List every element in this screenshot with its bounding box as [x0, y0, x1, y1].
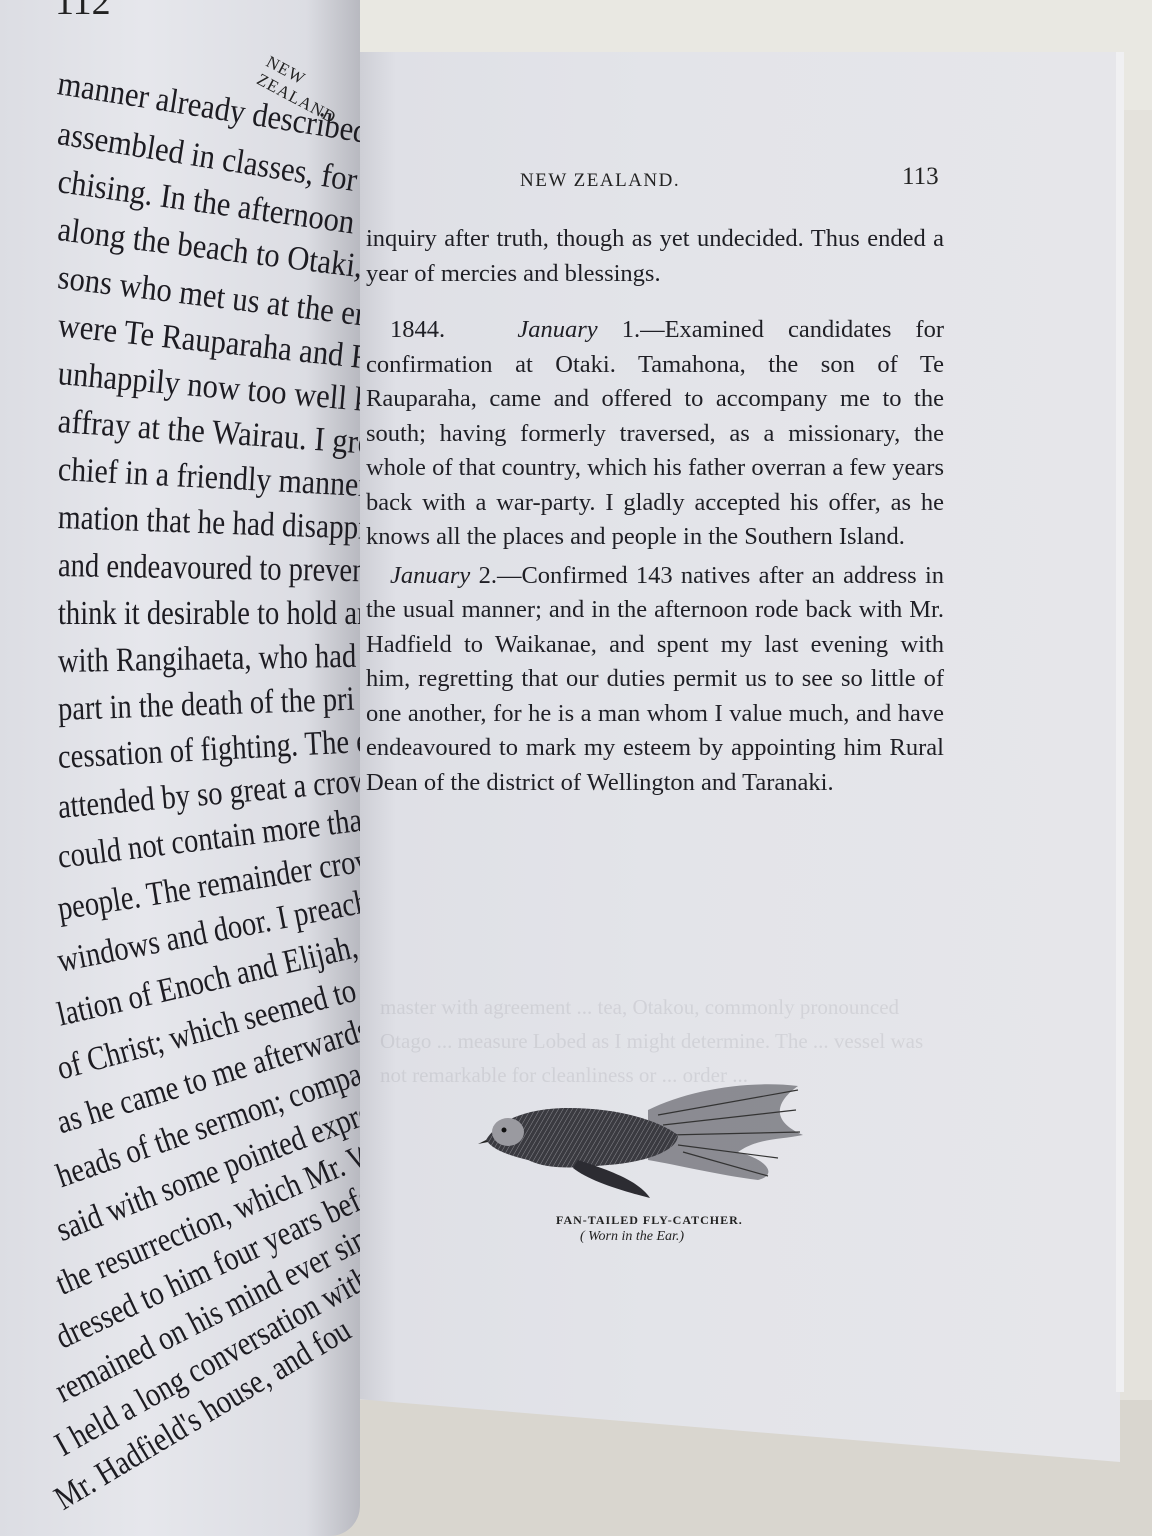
text-line: mation that he had disapproved	[57, 499, 360, 550]
show-through-text: master with agreement ... tea, Otakou, c…	[380, 990, 940, 1092]
entry-text: 2.—Confirmed 143 natives after an addres…	[366, 562, 944, 796]
year-label: 1844.	[390, 316, 445, 343]
right-page-body: inquiry after truth, though as yet undec…	[366, 222, 944, 800]
figure-subcaption: ( Worn in the Ear.)	[580, 1229, 684, 1245]
text-line: and endeavoured to prevent it	[58, 547, 360, 591]
text-line: with Rangihaeta, who had co	[58, 637, 360, 681]
paragraph-continuation: inquiry after truth, though as yet undec…	[366, 222, 944, 291]
page-number-left: 112	[55, 0, 111, 24]
date-label: January	[390, 562, 470, 589]
figure-caption: FAN-TAILED FLY-CATCHER.	[556, 1213, 743, 1228]
text-line: think it desirable to hold an	[58, 595, 360, 633]
text-line: part in the death of the pri	[57, 681, 355, 729]
page-edges	[1116, 52, 1124, 1392]
page-number-right: 113	[902, 163, 939, 191]
left-page: 112 NEW ZEALAND manner already described…	[0, 0, 360, 1536]
fan-tailed-flycatcher-icon	[478, 1080, 808, 1210]
running-head-right: NEW ZEALAND.	[520, 170, 680, 192]
paragraph-jan-1: 1844. January 1.—Examined candidates for…	[366, 313, 944, 555]
entry-text: 1.—Examined candidates for confirmation …	[366, 316, 944, 550]
paragraph-jan-2: January 2.—Confirmed 143 natives after a…	[366, 559, 944, 801]
date-label: January	[517, 316, 597, 343]
